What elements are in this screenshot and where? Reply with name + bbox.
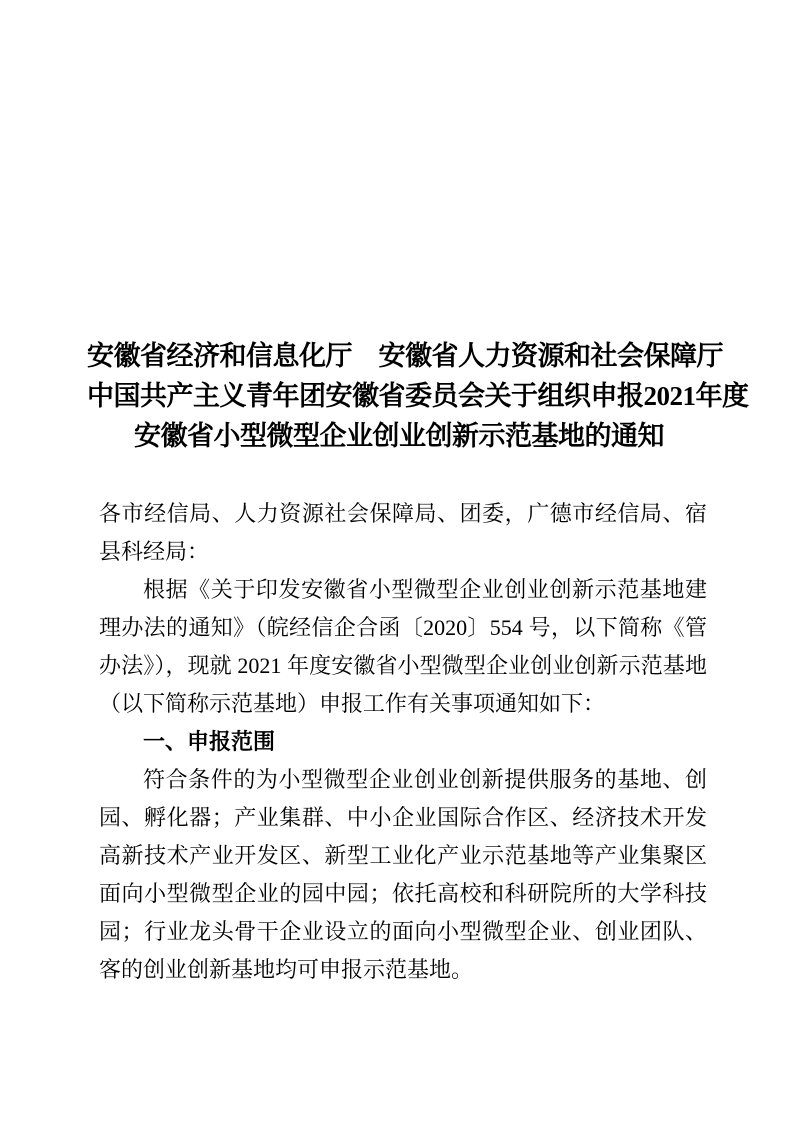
intro-paragraph-line-2: 理办法的通知》（皖经信企合函〔2020〕554 号，以下简称《管理	[99, 609, 707, 647]
section1-body-line-3: 高新技术产业开发区、新型工业化产业示范基地等产业集聚区中	[99, 837, 707, 875]
section1-body-line-4: 面向小型微型企业的园中园；依托高校和科研院所的大学科技	[99, 875, 707, 913]
section1-body-line-2: 园、孵化器；产业集群、中小企业国际合作区、经济技术开发区、	[99, 799, 707, 837]
title-line-3: 安徽省小型微型企业创业创新示范基地的通知	[87, 416, 711, 456]
document-page: 安徽省经济和信息化厅 安徽省人力资源和社会保障厅 中国共产主义青年团安徽省委员会…	[0, 0, 793, 1122]
title-line-1: 安徽省经济和信息化厅 安徽省人力资源和社会保障厅	[87, 336, 711, 376]
salutation-line-2: 县科经局：	[99, 533, 707, 571]
document-title: 安徽省经济和信息化厅 安徽省人力资源和社会保障厅 中国共产主义青年团安徽省委员会…	[87, 336, 711, 456]
title-line-2: 中国共产主义青年团安徽省委员会关于组织申报2021年度	[87, 376, 711, 416]
intro-paragraph-line-1: 根据《关于印发安徽省小型微型企业创业创新示范基地建设管	[99, 571, 707, 609]
section1-body-line-6: 客的创业创新基地均可申报示范基地。	[99, 951, 707, 989]
intro-paragraph-line-4: （以下简称示范基地）申报工作有关事项通知如下：	[99, 685, 707, 723]
intro-paragraph-line-3: 办法》），现就 2021 年度安徽省小型微型企业创业创新示范基地	[99, 647, 707, 685]
section1-heading: 一、申报范围	[99, 723, 707, 761]
section1-body-line-5: 园；行业龙头骨干企业设立的面向小型微型企业、创业团队、创	[99, 913, 707, 951]
document-body: 各市经信局、人力资源社会保障局、团委，广德市经信局、宿松 县科经局： 根据《关于…	[99, 495, 707, 989]
salutation-line-1: 各市经信局、人力资源社会保障局、团委，广德市经信局、宿松	[99, 495, 707, 533]
section1-body-line-1: 符合条件的为小型微型企业创业创新提供服务的基地、创业	[99, 761, 707, 799]
